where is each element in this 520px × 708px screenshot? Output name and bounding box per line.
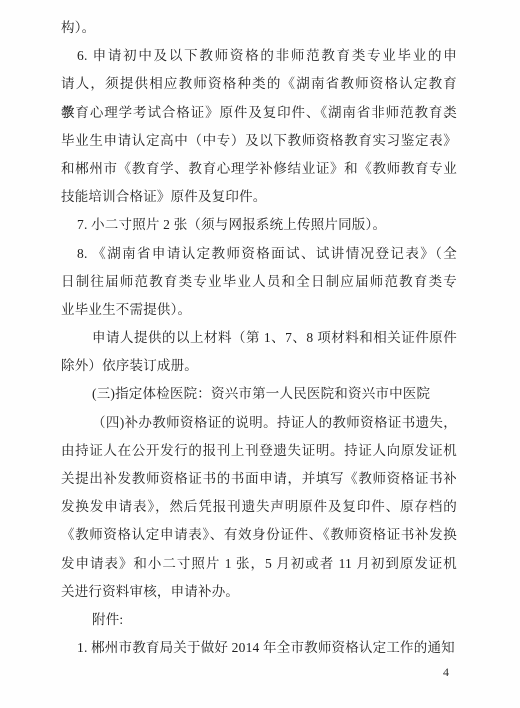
text-line: 8. 《湖南省申请认定教师资格面试、试讲情况登记表》（全 bbox=[61, 240, 457, 268]
text-line: 7. 小二寸照片 2 张（须与网报系统上传照片同版）。 bbox=[61, 211, 457, 239]
document-page: 构）。6. 申请初中及以下教师资格的非师范教育类专业毕业的申请人，须提供相应教师… bbox=[0, 0, 520, 708]
text-line: (三)指定体检医院：资兴市第一人民医院和资兴市中医院 bbox=[61, 380, 457, 408]
text-line: 构）。 bbox=[61, 14, 457, 42]
text-line: 关进行资料审核，申请补办。 bbox=[61, 578, 457, 606]
text-line: 发申请表》和小二寸照片 1 张，5 月初或者 11 月初到原发证机 bbox=[61, 550, 457, 578]
page-number: 4 bbox=[443, 665, 449, 679]
text-line: 附件: bbox=[61, 606, 457, 634]
text-line: 6. 申请初中及以下教师资格的非师范教育类专业毕业的申 bbox=[61, 42, 457, 70]
text-line: 1. 郴州市教育局关于做好 2014 年全市教师资格认定工作的通知 bbox=[61, 634, 457, 662]
text-line: 申请人提供的以上材料（第 1、7、8 项材料和相关证件原件 bbox=[61, 324, 457, 352]
text-line: 业毕业生不需提供）。 bbox=[61, 296, 457, 324]
text-line: 日制往届师范教育类专业毕业人员和全日制应届师范教育类专 bbox=[61, 268, 457, 296]
text-line: 《教师资格认定申请表》、有效身份证件、《教师资格证书补发换 bbox=[61, 521, 457, 549]
text-line: （四)补办教师资格证的说明。持证人的教师资格证书遗失， bbox=[61, 409, 457, 437]
text-line: 和郴州市《教育学、教育心理学补修结业证》和《教师教育专业 bbox=[61, 155, 457, 183]
text-line: 毕业生申请认定高中（中专）及以下教师资格教育实习鉴定表》 bbox=[61, 127, 457, 155]
text-line: 发换发申请表》，然后凭报刊遗失声明原件及复印件、原存档的 bbox=[61, 493, 457, 521]
text-line: 由持证人在公开发行的报刊上刊登遗失证明。持证人向原发证机 bbox=[61, 437, 457, 465]
text-line: 请人，须提供相应教师资格种类的《湖南省教师资格认定教育学、 bbox=[61, 70, 457, 98]
text-line: 关提出补发教师资格证书的书面申请，并填写《教师资格证书补 bbox=[61, 465, 457, 493]
text-line: 除外）依序装订成册。 bbox=[61, 352, 457, 380]
text-line: 技能培训合格证》原件及复印件。 bbox=[61, 183, 457, 211]
text-line: 教育心理学考试合格证》原件及复印件、《湖南省非师范教育类 bbox=[61, 99, 457, 127]
document-body: 构）。6. 申请初中及以下教师资格的非师范教育类专业毕业的申请人，须提供相应教师… bbox=[61, 14, 457, 662]
